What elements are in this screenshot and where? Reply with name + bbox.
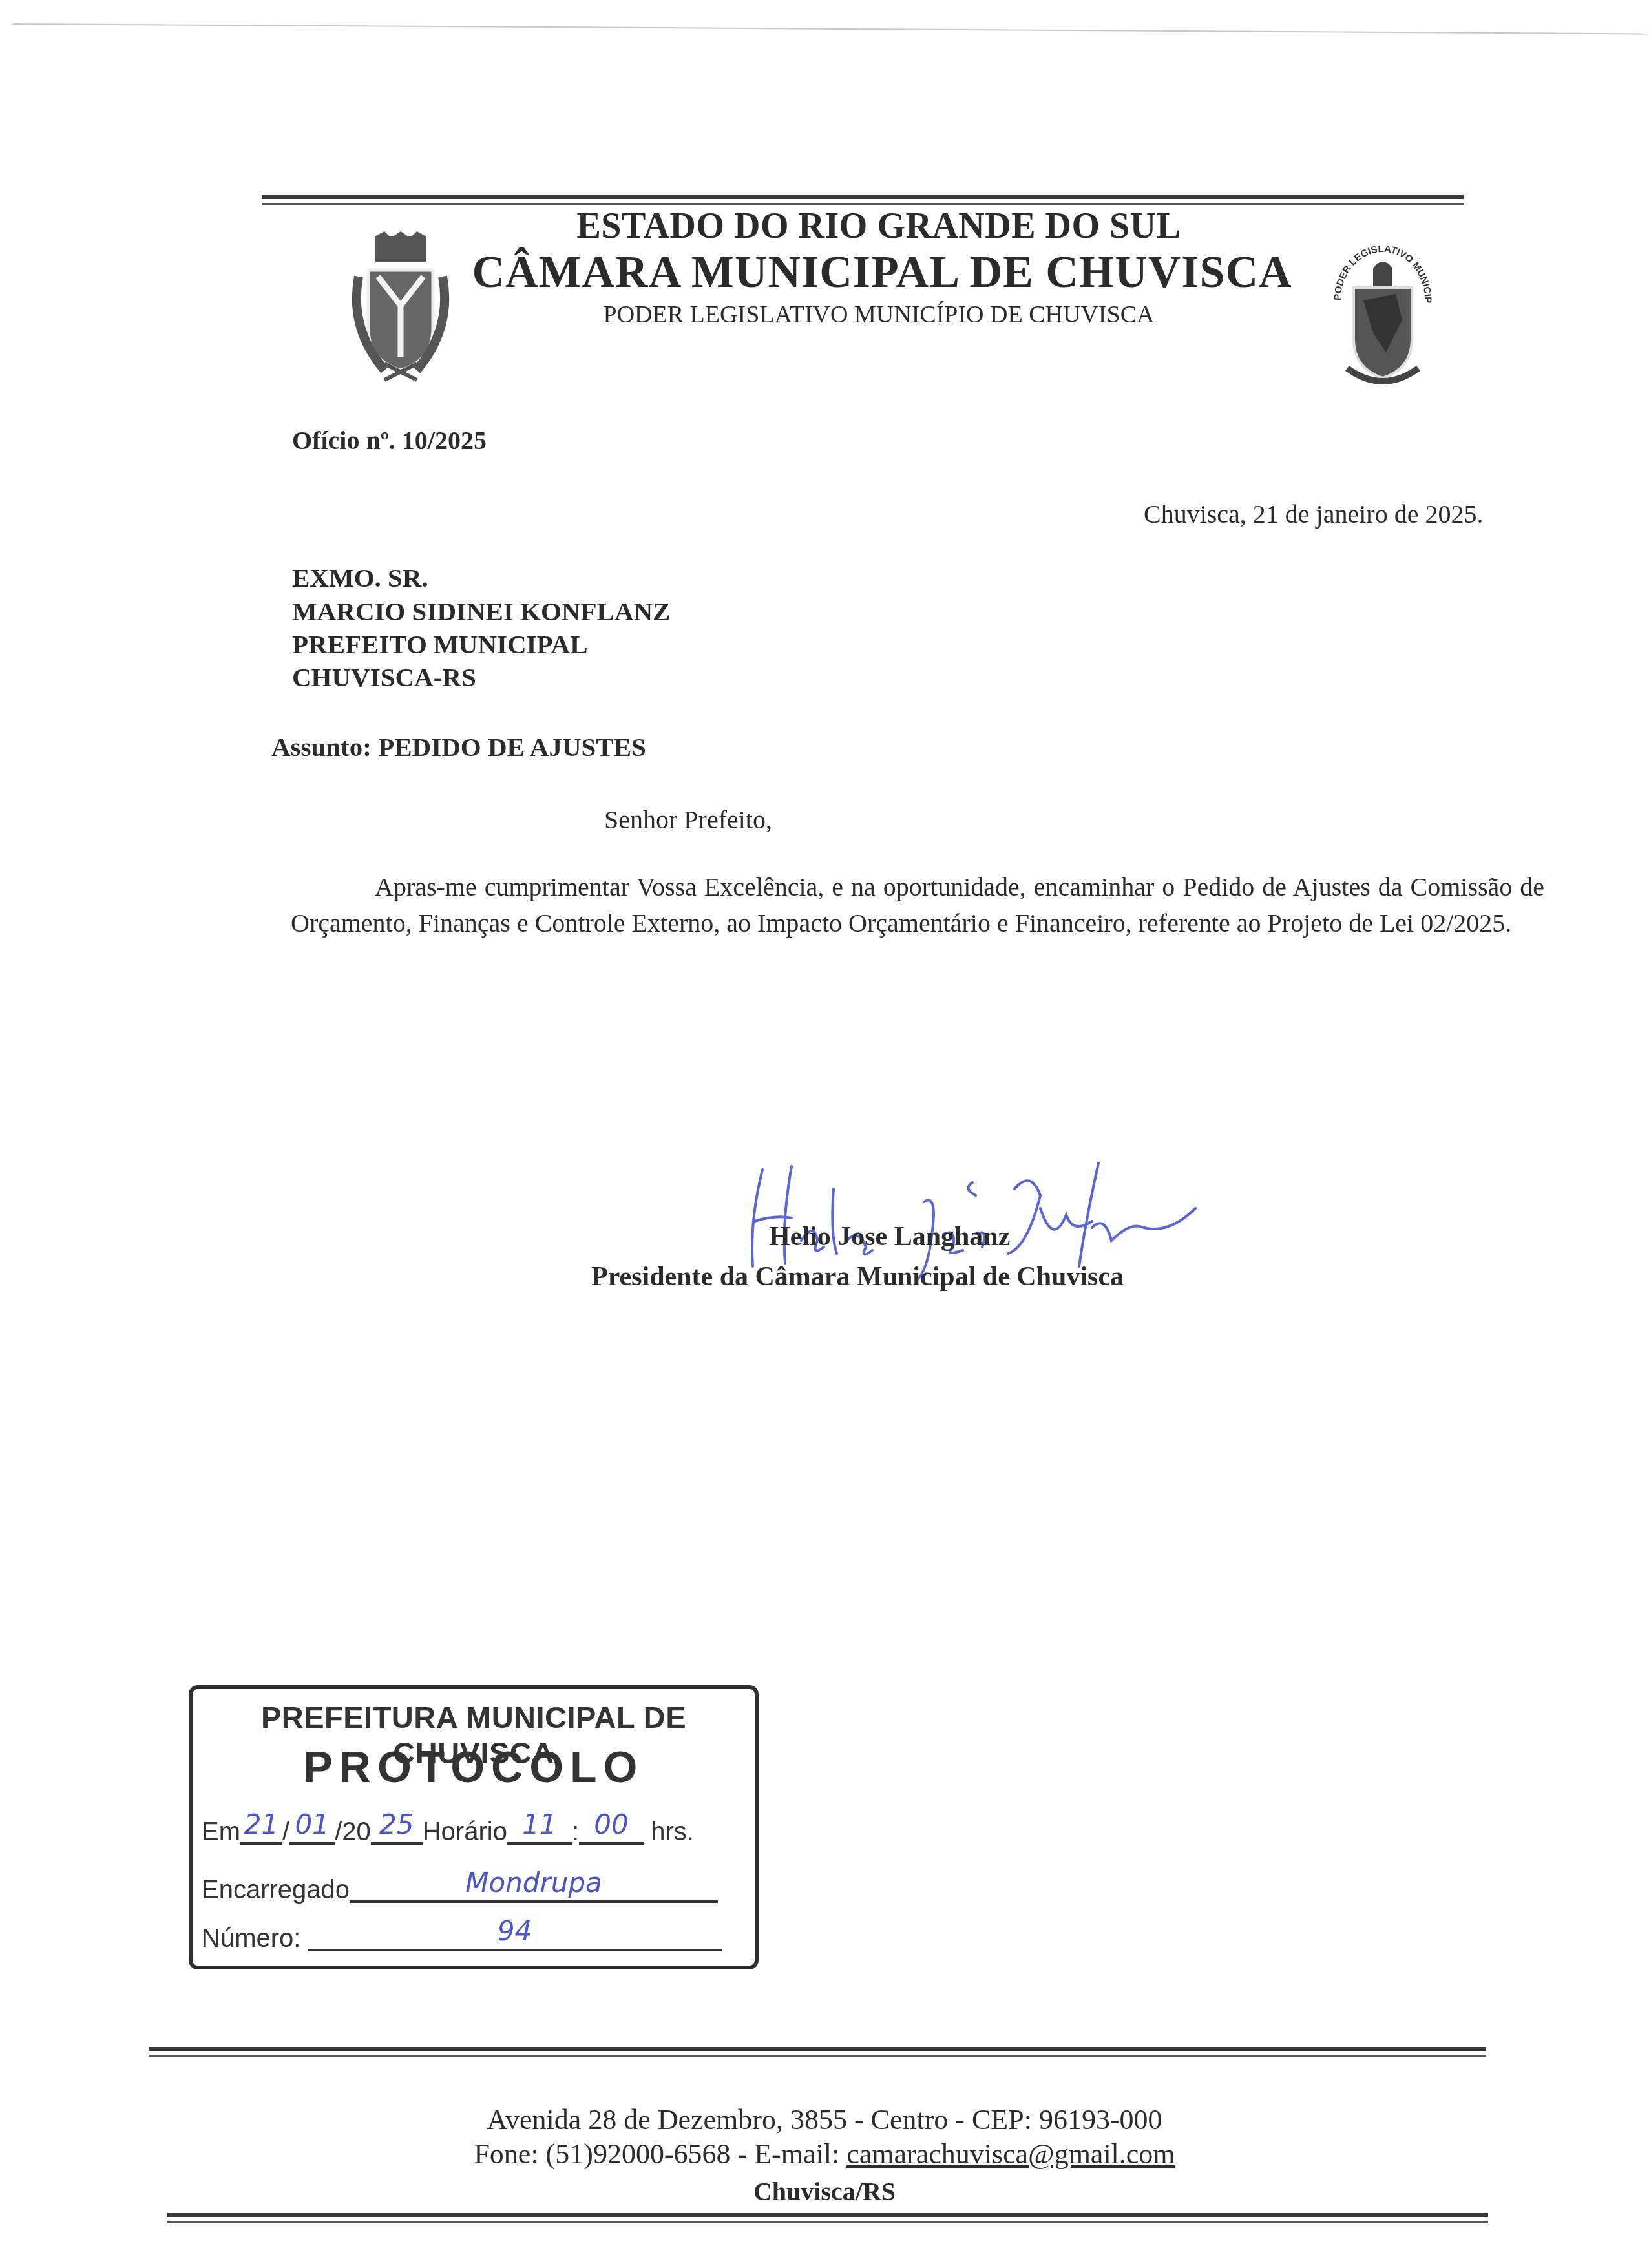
letter-number: Ofício nº. 10/2025 [292, 425, 487, 456]
footer-email-link[interactable]: camarachuvisca@gmail.com [846, 2138, 1175, 2170]
letter-subject: Assunto: PEDIDO DE AJUSTES [271, 731, 646, 762]
scan-artifact-line [13, 23, 1648, 34]
stamp-numero-value: 94 [498, 1915, 532, 1947]
protocol-stamp: PREFEITURA MUNICIPAL DE CHUVISCA PROTOCO… [189, 1685, 759, 1969]
footer-rule-bottom [167, 2213, 1488, 2225]
legislative-seal-icon: PODER LEGISLATIVO MUNICIPAL [1321, 229, 1444, 391]
stamp-encarregado-signature: Mondrupa [465, 1867, 602, 1898]
recipient-line: EXMO. SR. [292, 562, 428, 593]
footer-contact: Fone: (51)92000-6568 - E-mail: camarachu… [0, 2137, 1649, 2170]
footer-city: Chuvisca/RS [0, 2176, 1649, 2207]
stamp-date-row: Em21/01/2025Horário11:00 hrs. [202, 1815, 694, 1847]
stamp-minute: 00 [594, 1809, 628, 1840]
recipient-title: PREFEITO MUNICIPAL [292, 629, 588, 660]
stamp-year: 25 [379, 1809, 414, 1840]
footer-phone: Fone: (51)92000-6568 - E-mail: [474, 2138, 846, 2170]
em-label: Em [202, 1818, 240, 1846]
numero-label: Número: [202, 1924, 300, 1953]
recipient-name: MARCIO SIDINEI KONFLANZ [292, 596, 670, 627]
year-prefix: /20 [335, 1818, 371, 1846]
signatory-name: Helio Jose Langhanz [769, 1221, 1010, 1252]
horario-label: Horário [423, 1818, 507, 1846]
stamp-hour: 11 [522, 1809, 556, 1840]
encarregado-label: Encarregado [202, 1876, 350, 1904]
letter-greeting: Senhor Prefeito, [604, 804, 772, 835]
recipient-city: CHUVISCA-RS [292, 662, 476, 693]
municipal-coat-of-arms-icon [346, 231, 456, 383]
stamp-month: 01 [295, 1809, 329, 1840]
hrs-label: hrs. [651, 1818, 694, 1846]
stamp-encarregado-row: EncarregadoMondrupa [202, 1873, 718, 1905]
stamp-day: 21 [244, 1809, 278, 1840]
stamp-heading: PROTOCOLO [193, 1742, 755, 1792]
header-state: ESTADO DO RIO GRANDE DO SUL [491, 205, 1266, 247]
signatory-role: Presidente da Câmara Municipal de Chuvis… [591, 1261, 1124, 1292]
footer-address: Avenida 28 de Dezembro, 3855 - Centro - … [0, 2103, 1649, 2136]
header-institution: CÂMARA MUNICIPAL DE CHUVISCA [452, 247, 1312, 299]
letter-body: Apras-me cumprimentar Vossa Excelência, … [291, 869, 1544, 941]
header-subtitle: PODER LEGISLATIVO MUNICÍPIO DE CHUVISCA [491, 300, 1266, 329]
footer-rule-top [149, 2047, 1486, 2059]
stamp-numero-row: Número: 94 [202, 1922, 722, 1953]
letter-date: Chuvisca, 21 de janeiro de 2025. [1144, 499, 1483, 529]
